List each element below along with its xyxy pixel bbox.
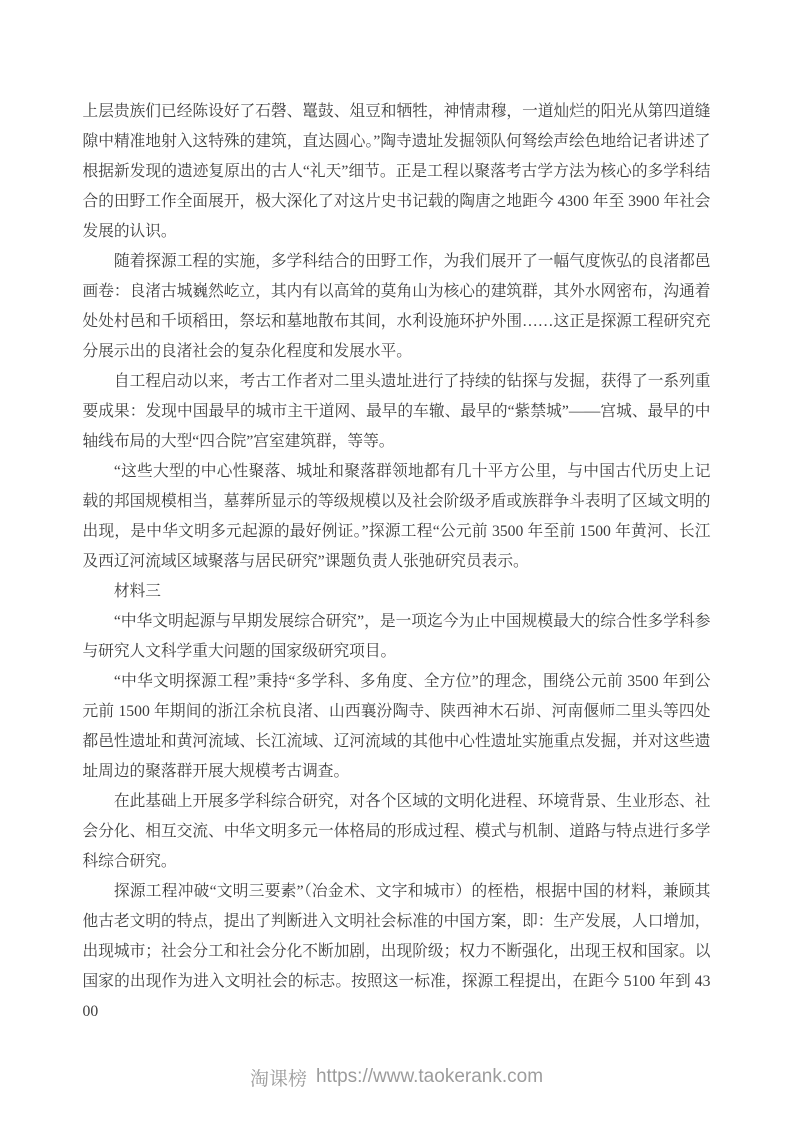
footer-url: https://www.taokerank.com — [316, 1066, 543, 1088]
paragraph: 随着探源工程的实施，多学科结合的田野工作，为我们展开了一幅气度恢弘的良渚都邑画卷… — [83, 247, 711, 367]
paragraph: “这些大型的中心性聚落、城址和聚落群领地都有几十平方公里，与中国古代历史上记载的… — [83, 457, 711, 577]
paragraph: 在此基础上开展多学科综合研究，对各个区域的文明化进程、环境背景、生业形态、社会分… — [83, 787, 711, 877]
paragraph: 自工程启动以来，考古工作者对二里头遗址进行了持续的钻探与发掘，获得了一系列重要成… — [83, 367, 711, 457]
footer-site-name: 淘课榜 — [250, 1064, 307, 1091]
paragraph: 探源工程冲破“文明三要素”（冶金术、文字和城市）的桎梏，根据中国的材料，兼顾其他… — [83, 877, 711, 1027]
paragraph: “中华文明探源工程”秉持“多学科、多角度、全方位”的理念，围绕公元前 3500 … — [83, 667, 711, 787]
page-footer-watermark: 淘课榜 https://www.taokerank.com — [0, 1032, 793, 1122]
paragraph: 上层贵族们已经陈设好了石磬、鼍鼓、俎豆和牺牲，神情肃穆，一道灿烂的阳光从第四道缝… — [83, 97, 711, 247]
paragraph: “中华文明起源与早期发展综合研究”，是一项迄今为止中国规模最大的综合性多学科参与… — [83, 607, 711, 667]
material-heading: 材料三 — [83, 577, 711, 607]
document-content: 上层贵族们已经陈设好了石磬、鼍鼓、俎豆和牺牲，神情肃穆，一道灿烂的阳光从第四道缝… — [83, 0, 711, 1027]
document-page: 上层贵族们已经陈设好了石磬、鼍鼓、俎豆和牺牲，神情肃穆，一道灿烂的阳光从第四道缝… — [0, 0, 793, 1122]
